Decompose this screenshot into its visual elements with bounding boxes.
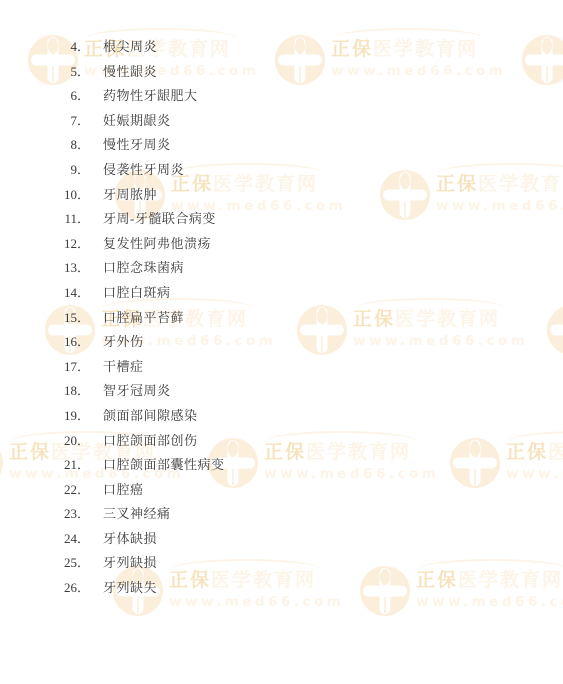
item-number: 8． [0, 133, 90, 158]
item-label: 口腔癌 [103, 478, 144, 503]
item-label: 牙列缺失 [103, 576, 157, 601]
item-number: 23． [0, 502, 90, 527]
list-item: 15． 口腔扁平苔藓 [0, 306, 563, 331]
item-number: 18． [0, 379, 90, 404]
item-label: 颌面部间隙感染 [103, 404, 198, 429]
item-label: 三叉神经痛 [103, 502, 171, 527]
list-item: 8． 慢性牙周炎 [0, 133, 563, 158]
list-item: 5． 慢性龈炎 [0, 60, 563, 85]
list-item: 23． 三叉神经痛 [0, 502, 563, 527]
item-number: 17． [0, 355, 90, 380]
list-item: 7． 妊娠期龈炎 [0, 109, 563, 134]
list-item: 19． 颌面部间隙感染 [0, 404, 563, 429]
item-label: 干槽症 [103, 355, 144, 380]
item-number: 22． [0, 478, 90, 503]
item-number: 4． [0, 35, 90, 60]
item-number: 20． [0, 429, 90, 454]
item-number: 24． [0, 527, 90, 552]
item-number: 14． [0, 281, 90, 306]
list-item: 9． 侵袭性牙周炎 [0, 158, 563, 183]
document-page: { "page": { "background": "#ffffff", "te… [0, 0, 563, 684]
list-item: 11． 牙周-牙髓联合病变 [0, 207, 563, 232]
item-number: 12． [0, 232, 90, 257]
list-item: 12． 复发性阿弗他溃疡 [0, 232, 563, 257]
item-label: 药物性牙龈肥大 [103, 84, 198, 109]
item-label: 牙列缺损 [103, 551, 157, 576]
item-label: 妊娠期龈炎 [103, 109, 171, 134]
item-label: 根尖周炎 [103, 35, 157, 60]
item-label: 侵袭性牙周炎 [103, 158, 184, 183]
item-number: 21． [0, 453, 90, 478]
item-label: 智牙冠周炎 [103, 379, 171, 404]
item-number: 26． [0, 576, 90, 601]
item-label: 牙周-牙髓联合病变 [103, 207, 216, 232]
item-label: 口腔颌面部创伤 [103, 429, 198, 454]
item-label: 口腔扁平苔藓 [103, 306, 184, 331]
item-label: 口腔白斑病 [103, 281, 171, 306]
item-label: 口腔颌面部囊性病变 [103, 453, 225, 478]
item-number: 10． [0, 183, 90, 208]
item-number: 11． [0, 207, 90, 232]
list-item: 20． 口腔颌面部创伤 [0, 429, 563, 454]
item-number: 5． [0, 60, 90, 85]
item-number: 16． [0, 330, 90, 355]
item-label: 慢性牙周炎 [103, 133, 171, 158]
item-label: 牙体缺损 [103, 527, 157, 552]
list-item: 26． 牙列缺失 [0, 576, 563, 601]
item-label: 复发性阿弗他溃疡 [103, 232, 211, 257]
disease-list: 4． 根尖周炎 5． 慢性龈炎 6． 药物性牙龈肥大 7． 妊娠期龈炎 8． 慢… [0, 35, 563, 601]
list-item: 16． 牙外伤 [0, 330, 563, 355]
list-item: 22． 口腔癌 [0, 478, 563, 503]
list-item: 24． 牙体缺损 [0, 527, 563, 552]
item-number: 6． [0, 84, 90, 109]
list-item: 4． 根尖周炎 [0, 35, 563, 60]
item-number: 9． [0, 158, 90, 183]
list-item: 14． 口腔白斑病 [0, 281, 563, 306]
list-item: 6． 药物性牙龈肥大 [0, 84, 563, 109]
list-item: 17． 干槽症 [0, 355, 563, 380]
list-item: 18． 智牙冠周炎 [0, 379, 563, 404]
item-label: 慢性龈炎 [103, 60, 157, 85]
item-label: 牙外伤 [103, 330, 144, 355]
list-item: 21． 口腔颌面部囊性病变 [0, 453, 563, 478]
item-label: 口腔念珠菌病 [103, 256, 184, 281]
item-number: 7． [0, 109, 90, 134]
item-label: 牙周脓肿 [103, 183, 157, 208]
list-item: 13． 口腔念珠菌病 [0, 256, 563, 281]
list-item: 10． 牙周脓肿 [0, 183, 563, 208]
item-number: 15． [0, 306, 90, 331]
item-number: 19． [0, 404, 90, 429]
item-number: 25． [0, 551, 90, 576]
item-number: 13． [0, 256, 90, 281]
list-item: 25． 牙列缺损 [0, 551, 563, 576]
